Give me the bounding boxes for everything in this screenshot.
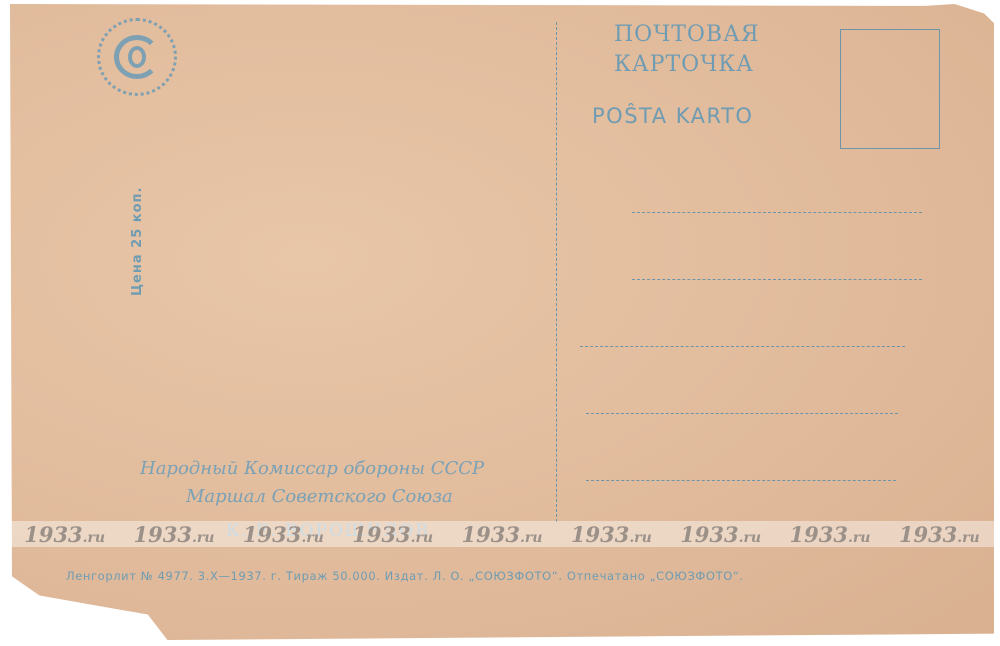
watermark-text: 1933.ru bbox=[24, 522, 105, 547]
stamp-box bbox=[840, 29, 940, 149]
watermark-text: 1933.ru bbox=[571, 522, 652, 547]
header-russian-line2: КАРТОЧКА bbox=[614, 52, 754, 77]
caption-rank: Маршал Советского Союза bbox=[186, 486, 453, 507]
watermark-text: 1933.ru bbox=[462, 522, 543, 547]
watermark-text: 1933.ru bbox=[243, 522, 324, 547]
watermark-text: 1933.ru bbox=[790, 522, 871, 547]
center-divider bbox=[556, 22, 557, 522]
watermark-strip: 1933.ru 1933.ru 1933.ru 1933.ru 1933.ru … bbox=[10, 521, 994, 547]
header-russian-line1: ПОЧТОВАЯ bbox=[614, 22, 760, 47]
address-line bbox=[632, 212, 922, 213]
price-label: Цена 25 коп. bbox=[130, 187, 145, 296]
caption-title: Народный Комиссар обороны СССР bbox=[140, 458, 484, 479]
address-line bbox=[586, 413, 898, 414]
printer-imprint: Ленгорлит № 4977. 3.X—1937. г. Тираж 50.… bbox=[66, 569, 744, 583]
address-line bbox=[632, 279, 922, 280]
address-line bbox=[586, 480, 896, 481]
publisher-logo-icon bbox=[97, 18, 177, 96]
header-esperanto: POŜTA KARTO bbox=[592, 104, 753, 128]
watermark-text: 1933.ru bbox=[680, 522, 761, 547]
address-line bbox=[580, 346, 905, 347]
watermark-text: 1933.ru bbox=[899, 522, 980, 547]
watermark-text: 1933.ru bbox=[134, 522, 215, 547]
watermark-text: 1933.ru bbox=[352, 522, 433, 547]
